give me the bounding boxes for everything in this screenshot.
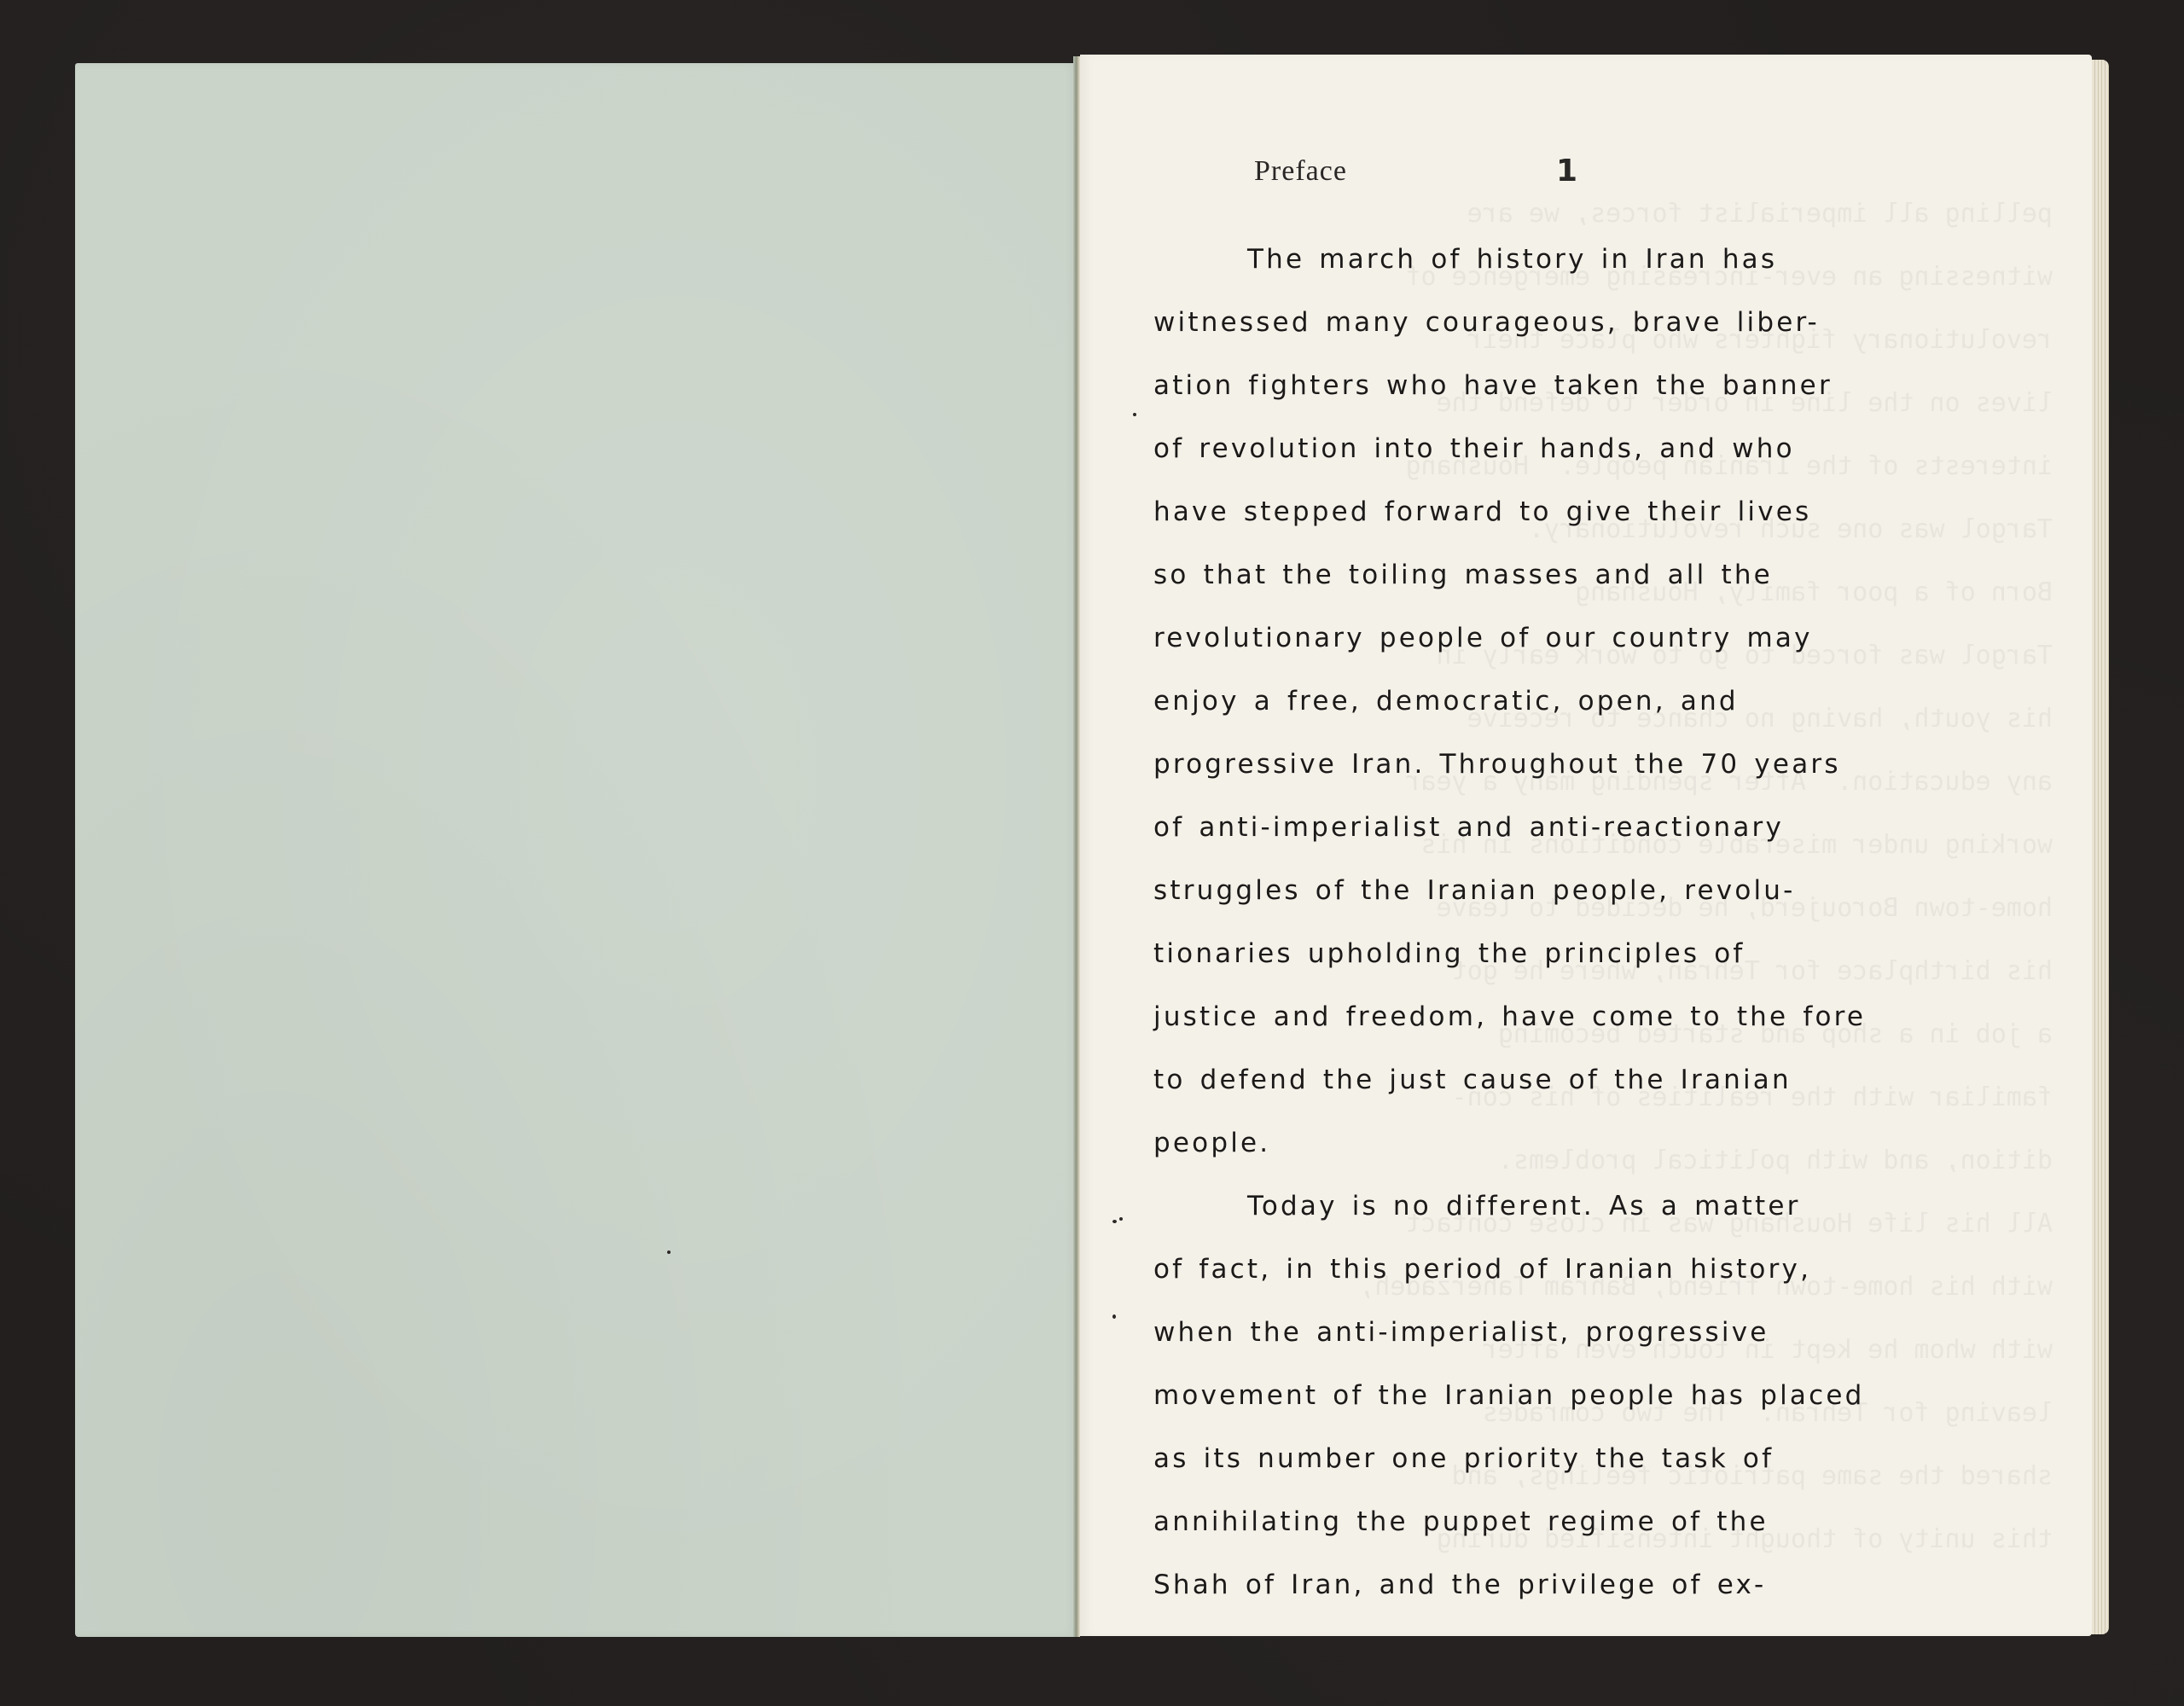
staple-hole-mark <box>1112 1220 1117 1223</box>
text-line: of revolution into their hands, and who <box>1153 425 2058 488</box>
page-number: 1 <box>1556 154 1577 189</box>
speck-mark <box>1133 413 1136 416</box>
section-title: Preface <box>1254 155 1347 188</box>
text-line: so that the toiling masses and all the <box>1153 551 2058 614</box>
paragraph-2: Today is no different. As a matter of fa… <box>1153 1182 2058 1624</box>
text-line: Shah of Iran, and the privilege of ex- <box>1153 1561 2058 1624</box>
right-page: pelling all imperialist forces, we are w… <box>1080 55 2092 1636</box>
text-line: have stepped forward to give their lives <box>1153 488 2058 551</box>
text-line: Today is no different. As a matter <box>1153 1182 2058 1245</box>
text-line: people. <box>1153 1119 2058 1182</box>
text-line: revolutionary people of our country may <box>1153 614 2058 677</box>
text-line: movement of the Iranian people has place… <box>1153 1372 2058 1435</box>
text-line: of fact, in this period of Iranian histo… <box>1153 1245 2058 1309</box>
page-header: Preface 1 <box>1254 155 1851 193</box>
text-line: as its number one priority the task of <box>1153 1435 2058 1498</box>
speck-mark <box>667 1250 671 1254</box>
left-page-blank-cover <box>75 63 1077 1637</box>
text-line: to defend the just cause of the Iranian <box>1153 1056 2058 1119</box>
paragraph-1: The march of history in Iran has witness… <box>1153 235 2058 1182</box>
text-line: enjoy a free, democratic, open, and <box>1153 677 2058 740</box>
text-line: ation fighters who have taken the banner <box>1153 362 2058 425</box>
text-line: of anti-imperialist and anti-reactionary <box>1153 804 2058 867</box>
text-line: annihilating the puppet regime of the <box>1153 1498 2058 1561</box>
text-line: The march of history in Iran has <box>1153 235 2058 299</box>
staple-hole-mark <box>1112 1314 1116 1319</box>
text-line: when the anti-imperialist, progressive <box>1153 1309 2058 1372</box>
book-spine <box>1073 56 1080 1637</box>
body-text: The march of history in Iran has witness… <box>1153 235 2058 1624</box>
text-line: struggles of the Iranian people, revolu- <box>1153 867 2058 930</box>
text-line: tionaries upholding the principles of <box>1153 930 2058 993</box>
text-line: witnessed many courageous, brave liber- <box>1153 299 2058 362</box>
text-line: progressive Iran. Throughout the 70 year… <box>1153 740 2058 804</box>
staple-hole-mark <box>1119 1217 1123 1221</box>
text-line: justice and freedom, have come to the fo… <box>1153 993 2058 1056</box>
